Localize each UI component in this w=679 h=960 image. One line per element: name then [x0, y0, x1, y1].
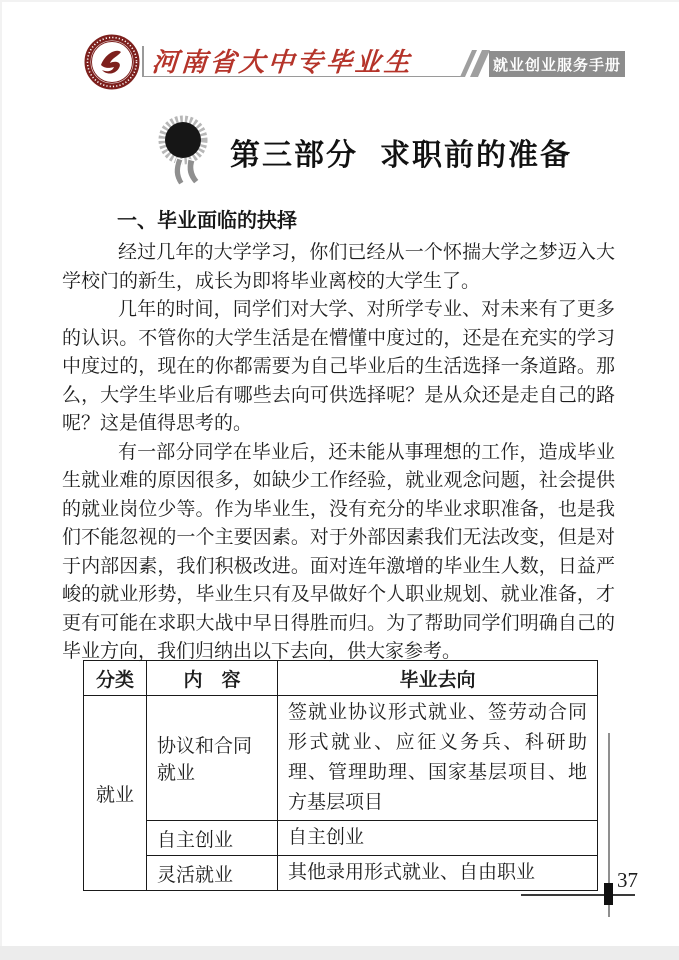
page-header: 河南省大中专毕业生 就业创业服务手册 [0, 0, 679, 92]
handbook-banner: 就业创业服务手册 [489, 51, 625, 77]
chapter-title-block: 第三部分求职前的准备 [156, 112, 616, 192]
content-cell: 协议和合同就业 [147, 696, 278, 821]
header-rule [143, 76, 465, 77]
column-header-category: 分类 [84, 661, 147, 696]
school-seal-logo [84, 34, 140, 90]
paragraph-3: 有一部分同学在毕业后，还未能从事理想的工作，造成毕业生就业难的原因很多，如缺少工… [62, 439, 615, 667]
column-header-content: 内 容 [147, 661, 278, 696]
header-divider [142, 46, 144, 77]
margin-horizontal-line [521, 894, 635, 896]
body-content: 一、毕业面临的抉择 经过几年的大学学习，你们已经从一个怀揣大学之梦迈入大学校门的… [62, 206, 615, 667]
margin-tick [604, 883, 613, 905]
graduation-destination-table: 分类 内 容 毕业去向 就业 协议和合同就业 签就业协议形式就业、签劳动合同形式… [83, 660, 598, 891]
paragraph-2: 几年的时间，同学们对大学、对所学专业、对未来有了更多的认识。不管你的大学生活是在… [62, 296, 615, 439]
destination-cell: 自主创业 [278, 821, 598, 856]
content-cell: 灵活就业 [147, 856, 278, 891]
chapter-title-text: 求职前的准备 [380, 139, 572, 172]
page-number: 37 [617, 868, 638, 893]
table-header-row: 分类 内 容 毕业去向 [84, 661, 598, 696]
destination-cell: 其他录用形式就业、自由职业 [278, 856, 598, 891]
document-page: 河南省大中专毕业生 就业创业服务手册 第三部分求职前的准备 一、毕业面临的抉择 … [0, 0, 679, 960]
table-row: 就业 协议和合同就业 签就业协议形式就业、签劳动合同形式就业、应征义务兵、科研助… [84, 696, 598, 821]
award-rosette-icon [156, 114, 214, 188]
destination-cell: 签就业协议形式就业、签劳动合同形式就业、应征义务兵、科研助理、管理助理、国家基层… [278, 696, 598, 821]
paragraph-1: 经过几年的大学学习，你们已经从一个怀揣大学之梦迈入大学校门的新生，成长为即将毕业… [62, 239, 615, 296]
brand-title: 河南省大中专毕业生 [151, 42, 474, 79]
section-heading: 一、毕业面临的抉择 [117, 206, 615, 236]
chapter-part-label: 第三部分 [230, 139, 358, 172]
chapter-title: 第三部分求职前的准备 [230, 130, 572, 174]
column-header-destination: 毕业去向 [278, 661, 598, 696]
table-row: 灵活就业 其他录用形式就业、自由职业 [84, 856, 598, 891]
table-row: 自主创业 自主创业 [84, 821, 598, 856]
category-cell: 就业 [84, 696, 147, 891]
scan-edge [0, 946, 679, 960]
content-cell: 自主创业 [147, 821, 278, 856]
